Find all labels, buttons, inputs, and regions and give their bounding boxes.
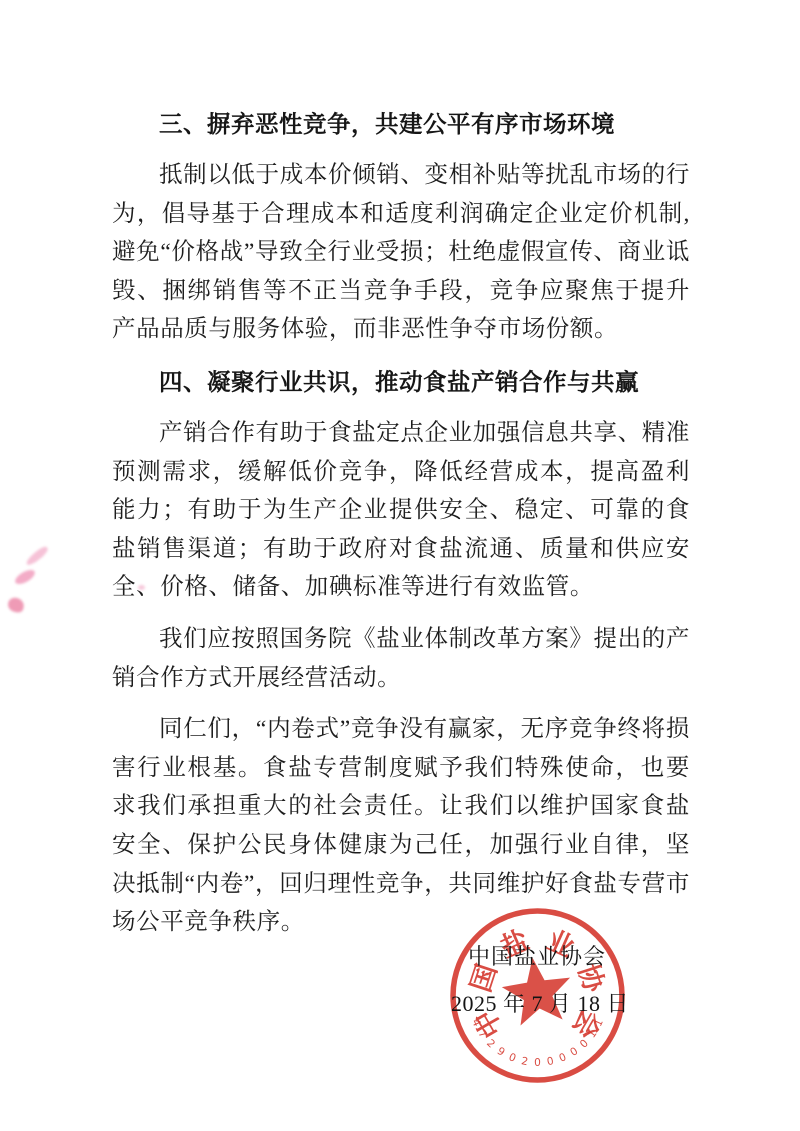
document-page: 三、摒弃恶性竞争，共建公平有序市场环境 抵制以低于成本价倾销、变相补贴等扰乱市场… xyxy=(0,0,800,1131)
signature-organization: 中国盐业协会 xyxy=(468,944,606,970)
document-body: 三、摒弃恶性竞争，共建公平有序市场环境 抵制以低于成本价倾销、变相补贴等扰乱市场… xyxy=(112,104,690,955)
signature-date: 2025 年 7 月 18 日 xyxy=(451,991,629,1017)
section-four: 四、凝聚行业共识，推动食盐产销合作与共赢 产销合作有助于食盐定点企业加强信息共享… xyxy=(112,362,690,942)
scan-artifact xyxy=(138,585,145,590)
svg-text:0: 0 xyxy=(507,1051,518,1065)
scan-artifact xyxy=(24,545,49,567)
svg-text:2: 2 xyxy=(520,1055,529,1068)
svg-text:9: 9 xyxy=(495,1045,507,1059)
svg-text:0: 0 xyxy=(534,1057,541,1069)
body-paragraph: 我们应按照国务院《盐业体制改革方案》提出的产销合作方式开展经营活动。 xyxy=(112,620,690,697)
scan-artifact xyxy=(6,596,25,614)
body-paragraph: 抵制以低于成本价倾销、变相补贴等扰乱市场的行为，倡导基于合理成本和适度利润确定企… xyxy=(112,156,690,349)
section-four-heading: 四、凝聚行业共识，推动食盐产销合作与共赢 xyxy=(112,362,690,402)
body-paragraph: 产销合作有助于食盐定点企业加强信息共享、精准预测需求，缓解低价竞争，降低经营成本… xyxy=(112,414,690,607)
svg-text:0: 0 xyxy=(568,1045,580,1059)
section-three: 三、摒弃恶性竞争，共建公平有序市场环境 抵制以低于成本价倾销、变相补贴等扰乱市场… xyxy=(112,104,690,349)
section-three-heading: 三、摒弃恶性竞争，共建公平有序市场环境 xyxy=(112,104,690,144)
svg-text:0: 0 xyxy=(546,1055,555,1068)
svg-text:0: 0 xyxy=(557,1051,568,1065)
scan-artifact xyxy=(13,567,37,587)
